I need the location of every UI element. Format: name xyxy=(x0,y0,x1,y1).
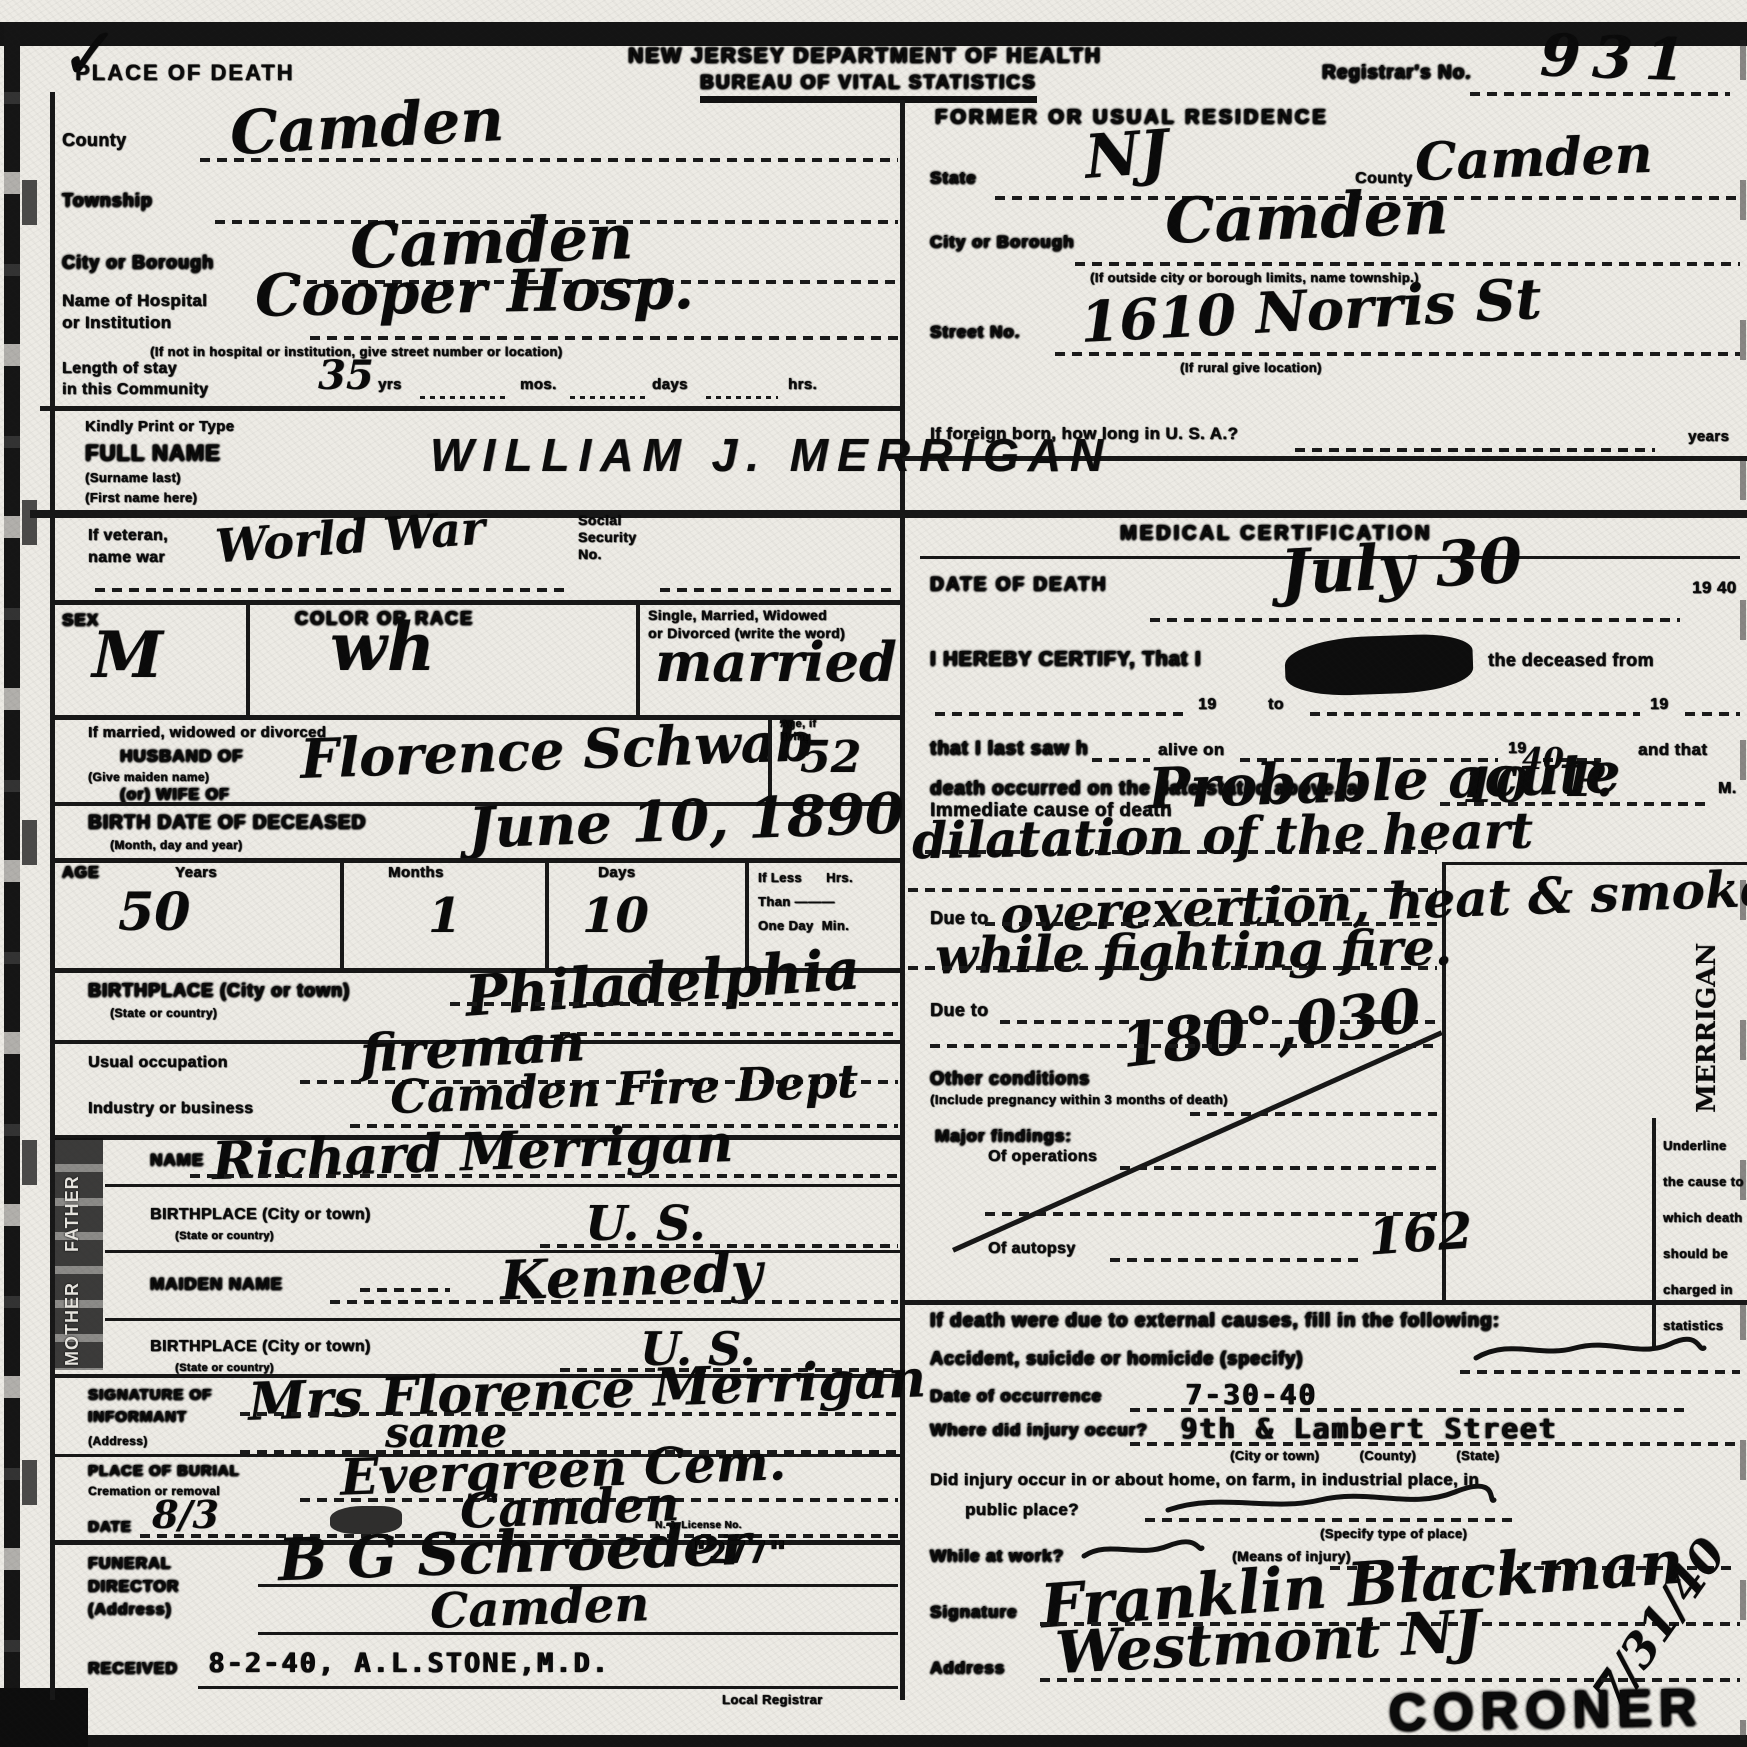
race-marital-divider xyxy=(636,600,640,715)
meridiem-label: M. xyxy=(1718,780,1737,798)
father-name-line xyxy=(190,1174,898,1178)
code-under-line xyxy=(930,1044,1437,1048)
coroner-stamp: CORONER xyxy=(1388,1677,1704,1742)
husband-of-label: HUSBAND OF xyxy=(120,746,243,766)
hospital-value: Cooper Hosp. xyxy=(254,254,694,330)
residence-state-label: State xyxy=(930,168,977,188)
stay-days-label: days xyxy=(652,376,688,393)
due-to-2-label: Due to xyxy=(930,1000,988,1021)
death-certificate-scan: ✓ PLACE OF DEATH New Jersey Department o… xyxy=(0,0,1747,1747)
autopsy-value: 162 xyxy=(1366,1200,1474,1266)
license-label: N. J. License No. xyxy=(655,1520,742,1531)
injury-question-2: public place? xyxy=(965,1500,1079,1520)
informant-address-note: (Address) xyxy=(88,1434,148,1448)
veteran-row-bottom xyxy=(52,600,902,605)
period-line-2 xyxy=(1310,712,1640,716)
birthdate-note: (Month, day and year) xyxy=(110,838,242,852)
marital-value: married xyxy=(655,630,897,694)
public-place-line xyxy=(1145,1518,1515,1522)
hospital-label: Name of Hospitalor Institution xyxy=(62,290,207,334)
signature-label: Signature xyxy=(930,1602,1017,1622)
registrar-no-label: Registrar's No. xyxy=(1322,62,1471,84)
street-line xyxy=(1055,352,1740,356)
age-divider-2 xyxy=(545,863,549,968)
date-of-death-value: July 30 xyxy=(1278,524,1523,610)
burial-label: PLACE OF BURIAL xyxy=(88,1462,240,1479)
stay-mos-label: mos. xyxy=(520,376,557,393)
column-divider xyxy=(900,100,905,1700)
informant-label: SIGNATURE OFINFORMANT xyxy=(88,1384,212,1428)
external-causes-header: If death were due to external causes, fi… xyxy=(930,1310,1500,1332)
maiden-name-note: (Give maiden name) xyxy=(88,770,209,784)
stay-value: 35 xyxy=(318,352,374,399)
of-operations-label: Of operations xyxy=(988,1148,1097,1166)
due-line-2 xyxy=(908,966,1437,970)
local-registrar-note: Local Registrar xyxy=(722,1692,823,1707)
age-days-value: 10 xyxy=(582,888,649,944)
cause-value-2: dilatation of the heart xyxy=(912,801,1534,871)
received-value: 8-2-40, A.L.STONE,M.D. xyxy=(208,1648,610,1679)
certify-tail: the deceased from xyxy=(1488,650,1654,671)
maiden-name-line xyxy=(330,1300,898,1304)
period-to: to xyxy=(1268,696,1284,714)
margin-surname: MERRIGAN xyxy=(1692,948,1722,1113)
maiden-bottom xyxy=(105,1318,902,1321)
place-of-death-title: PLACE OF DEATH xyxy=(75,60,294,86)
less-than-day-label: If Less Hrs.Than ———One Day Min. xyxy=(758,866,853,938)
residence-city-label: City or Borough xyxy=(930,232,1074,252)
spouse-value: Florence Schwab xyxy=(299,709,814,791)
specify-place-note: (Specify type of place) xyxy=(1320,1526,1467,1541)
last-saw-label: that I last saw h xyxy=(930,738,1088,760)
birthplace-line xyxy=(450,1002,898,1006)
other-conditions-line xyxy=(1190,1112,1437,1116)
stay-line-3 xyxy=(706,396,778,399)
where-injury-note: (City or town) (County) (State) xyxy=(1230,1448,1499,1463)
certify-redaction-blot xyxy=(1284,633,1474,698)
veteran-label: If veteran,name war xyxy=(88,525,168,569)
age-divider-1 xyxy=(340,863,344,968)
residence-city-line xyxy=(1075,262,1740,266)
autopsy-line xyxy=(1110,1258,1360,1262)
margin-note-divider xyxy=(1652,1118,1656,1348)
certify-label: I HEREBY CERTIFY, That I xyxy=(930,648,1201,671)
scan-edge-left-blobs xyxy=(22,60,37,1700)
ssn-label: SocialSecurityNo. xyxy=(578,512,636,563)
accident-squiggle xyxy=(1470,1332,1710,1366)
mother-bp-label: BIRTHPLACE (City or town) xyxy=(150,1338,371,1356)
birthdate-value: June 10, 1890 xyxy=(467,780,905,861)
stay-label: Length of stayin this Community xyxy=(62,358,208,400)
surname-note: (Surname last) xyxy=(85,470,181,485)
county-label: County xyxy=(62,130,126,151)
residence-state-value: NJ xyxy=(1083,117,1171,193)
scan-corner-blob xyxy=(0,1688,88,1747)
informant-signature: Mrs Florence Merrigan xyxy=(247,1348,927,1433)
address-label: Address xyxy=(930,1658,1005,1678)
county-value: Camden xyxy=(228,85,505,169)
spouse-condition-label: If married, widowed or divorced xyxy=(88,724,326,741)
funeral-director-label: FUNERALDIRECTOR(Address) xyxy=(88,1552,179,1621)
license-value: "277" xyxy=(688,1536,788,1571)
birthdate-label: BIRTH DATE OF DECEASED xyxy=(88,812,366,834)
accident-label: Accident, suicide or homicide (specify) xyxy=(930,1348,1303,1369)
other-conditions-note: (Include pregnancy within 3 months of de… xyxy=(930,1092,1228,1107)
external-section-rule xyxy=(902,1300,1747,1305)
age-label: AGE xyxy=(62,864,100,882)
mother-side-label: MOTHER xyxy=(62,1256,83,1366)
department-title: New Jersey Department of Health xyxy=(628,44,1102,68)
hospital-line xyxy=(310,336,898,340)
received-label: RECEIVED xyxy=(88,1660,178,1678)
of-autopsy-label: Of autopsy xyxy=(988,1240,1076,1258)
burial-date-label: DATE xyxy=(88,1518,132,1535)
age-living-value: 52 xyxy=(800,732,861,783)
stay-line-2 xyxy=(570,396,645,399)
date-of-death-line xyxy=(1150,618,1680,622)
street-label: Street No. xyxy=(930,322,1020,342)
industry-label: Industry or business xyxy=(88,1100,253,1118)
sex-race-divider xyxy=(246,600,250,715)
where-injury-label: Where did injury occur? xyxy=(930,1420,1148,1440)
operations-line xyxy=(1120,1166,1437,1170)
and-that-label: and that xyxy=(1638,740,1707,760)
sex-value: M xyxy=(92,618,163,693)
full-name-value: William J. Merrigan xyxy=(430,428,1112,482)
foreign-born-years: years xyxy=(1688,428,1729,445)
birthplace-note: (State or country) xyxy=(110,1006,217,1020)
birthdate-row-bottom xyxy=(52,858,902,863)
occupation-label: Usual occupation xyxy=(88,1054,228,1072)
age-years-value: 50 xyxy=(118,882,190,943)
father-name-value: Richard Merrigan xyxy=(211,1113,734,1192)
informant-line xyxy=(240,1412,898,1416)
scan-edge-left xyxy=(4,22,20,1747)
birthplace-line-2 xyxy=(560,1032,898,1036)
other-conditions-label: Other conditions xyxy=(930,1068,1090,1089)
father-name-bottom xyxy=(105,1184,902,1187)
burial-date-value: 8/3 xyxy=(152,1492,219,1537)
foreign-born-line xyxy=(1295,448,1655,452)
at-work-label: While at work? xyxy=(930,1546,1064,1566)
date-of-death-label: DATE OF DEATH xyxy=(930,574,1107,596)
township-label: Township xyxy=(62,190,153,211)
stay-yrs-label: yrs xyxy=(378,376,402,393)
age-months-value: 1 xyxy=(428,888,461,944)
maiden-pre-dash xyxy=(360,1288,450,1292)
first-name-note: (First name here) xyxy=(85,490,197,505)
scan-edge-top xyxy=(0,22,1747,46)
kindly-print-note: Kindly Print or Type xyxy=(85,418,234,435)
veteran-line xyxy=(95,588,565,592)
date-of-death-year: 19 40 xyxy=(1692,578,1737,598)
funeral-line-2 xyxy=(258,1632,898,1635)
bureau-title: Bureau of Vital Statistics xyxy=(700,72,1037,103)
place-box-bottom xyxy=(40,406,902,411)
last-saw-line-1 xyxy=(1092,758,1150,762)
period-yr2: 19 xyxy=(1650,696,1669,714)
father-bp-note: (State or country) xyxy=(175,1230,274,1242)
occurrence-label: Date of occurrence xyxy=(930,1386,1102,1406)
street-note: (If rural give location) xyxy=(1180,360,1322,375)
funeral-address-value: Camden xyxy=(429,1576,650,1640)
city-label: City or Borough xyxy=(62,252,214,273)
father-name-label: NAME xyxy=(150,1150,204,1170)
margin-note: Underlinethe cause towhich deathshould b… xyxy=(1663,1128,1744,1344)
ssn-line xyxy=(660,588,895,592)
period-yr1: 19 xyxy=(1198,696,1217,714)
occurrence-value: 7-30-40 xyxy=(1185,1378,1317,1411)
public-place-squiggle xyxy=(1160,1482,1500,1520)
registrar-no-value: 931 xyxy=(1539,21,1698,94)
due-to-value-2: while fighting fire. xyxy=(935,917,1453,985)
period-line-3 xyxy=(1685,712,1740,716)
where-injury-line xyxy=(1130,1442,1740,1446)
maiden-name-label: MAIDEN NAME xyxy=(150,1274,283,1294)
birthplace-label: BIRTHPLACE (City or town) xyxy=(88,980,350,1001)
full-name-label: FULL NAME xyxy=(85,440,221,466)
where-injury-value: 9th & Lambert Street xyxy=(1180,1412,1557,1445)
stay-hrs-label: hrs. xyxy=(788,376,817,393)
at-work-squiggle xyxy=(1078,1534,1208,1564)
father-side-label: FATHER xyxy=(62,1142,83,1252)
accident-line xyxy=(1460,1370,1740,1374)
received-line xyxy=(198,1686,898,1689)
age-days-label: Days xyxy=(598,864,635,881)
age-months-label: Months xyxy=(388,864,444,881)
major-findings-label: Major findings: xyxy=(935,1126,1072,1146)
icd-code-value: 180°,030 xyxy=(1117,976,1425,1082)
race-value: wh xyxy=(330,608,435,686)
age-years-label: Years xyxy=(175,864,217,881)
form-left-border xyxy=(50,92,55,1700)
stay-line-1 xyxy=(420,396,510,399)
father-bp-label: BIRTHPLACE (City or town) xyxy=(150,1206,371,1224)
residence-county-value: Camden xyxy=(1414,124,1653,193)
period-line-1 xyxy=(935,712,1190,716)
residence-city-value: Camden xyxy=(1164,175,1449,258)
